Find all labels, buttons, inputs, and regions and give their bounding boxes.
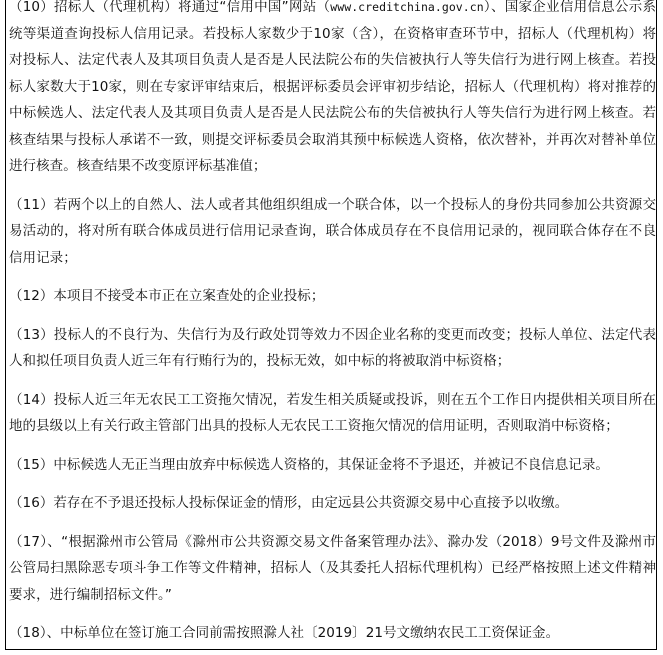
document-table-cell: （10）招标人（代理机构）将通过“信用中国”网站（www.creditchina… <box>5 0 657 650</box>
paragraph-15: （15）中标候选人无正当理由放弃中标候选人资格的，其保证金将不予退还，并被记不良… <box>9 452 656 479</box>
paragraph-14: （14）投标人近三年无农民工工资拖欠情况，若发生相关质疑或投诉，则在五个工作日内… <box>9 387 656 440</box>
paragraph-11: （11）若两个以上的自然人、法人或者其他组织组成一个联合体，以一个投标人的身份共… <box>9 192 656 272</box>
paragraph-10-text-after-url: ）、国家企业信用信息公示系统等渠道查询投标人信用记录。若投标人家数少于10家（含… <box>9 0 656 174</box>
creditchina-url: www.creditchina.gov.cn <box>330 0 483 14</box>
paragraph-16: （16）若存在不予退还投标人投标保证金的情形，由定远县公共资源交易中心直接予以收… <box>9 490 656 517</box>
paragraph-17: （17）、“根据滁州市公管局《滁州市公共资源交易文件备案管理办法》、滁办发（20… <box>9 529 656 609</box>
paragraph-18: （18）、中标单位在签订施工合同前需按照滁人社〔2019〕21号文缴纳农民工工资… <box>9 620 656 647</box>
paragraph-13: （13）投标人的不良行为、失信行为及行政处罚等效力不因企业名称的变更而改变；投标… <box>9 322 656 375</box>
paragraph-12: （12）本项目不接受本市正在立案查处的企业投标； <box>9 283 656 310</box>
paragraph-10: （10）招标人（代理机构）将通过“信用中国”网站（www.creditchina… <box>9 0 656 180</box>
paragraph-10-text-before-url: （10）招标人（代理机构）将通过“信用中国”网站（ <box>9 0 330 15</box>
